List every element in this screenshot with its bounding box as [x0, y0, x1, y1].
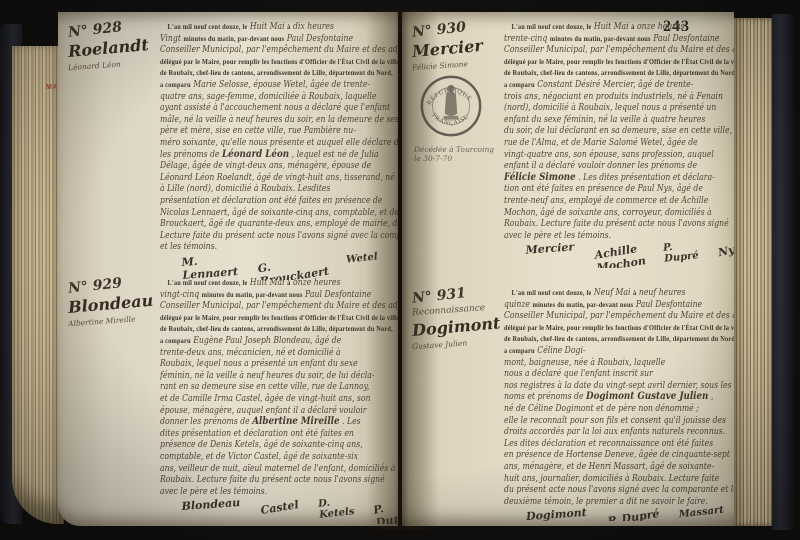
act-line: délégué par le Maire, pour remplir les f… [504, 319, 695, 331]
act-line: délégué par le Maire, pour remplir les f… [160, 309, 357, 321]
act-line: (nord), domicilié à Roubaix, lequel nous… [504, 99, 695, 111]
act-line: a comparuConstant Désiré Mercier, âgé de… [504, 76, 695, 88]
act-line: Les dites déclaration et reconnaissance … [504, 435, 695, 447]
republique-francaise-stamp-icon: RÉPUBLIQUE FRANÇAISE [420, 75, 482, 137]
act-line: délégué par le Maire, pour remplir les f… [504, 53, 695, 65]
signature: D. Ketels [318, 496, 356, 525]
act-line: rant en sa demeure sise en cette ville, … [160, 378, 357, 390]
page-stack-right [734, 18, 776, 526]
book-cover-right-edge [772, 14, 794, 530]
act-line: trente-deux ans, mécanicien, né et domic… [160, 344, 357, 356]
signature: P. Dupré [663, 240, 700, 269]
handwritten-text: , [711, 391, 713, 402]
marginal-death-note: Décédée à Tourcoing le 30-7-70 [414, 145, 504, 163]
act-line: et les témoins. [160, 238, 357, 250]
act-line: Délage, âgée de vingt-deux ans, ménagère… [160, 157, 357, 169]
act-line: L'an mil neuf cent douze, leHuit Maiàdix… [160, 18, 357, 30]
act-signatures: MercierAchille MochonP. DupréNys [504, 242, 731, 268]
act-line: elle le reconnaît pour son fils et conse… [504, 412, 695, 424]
act-line: comptable, et de Victor Castel, âgé de s… [160, 448, 357, 460]
act-line: donner les prénoms deAlbertine Mireille.… [160, 413, 357, 425]
act-929-body: L'an mil neuf cent douze, leHuit Maiàonz… [160, 274, 398, 524]
act-line: féminin, né la veille à neuf heures du s… [160, 367, 357, 379]
act-line: dites présentation et déclaration ont ét… [160, 425, 357, 437]
signature: Achille Mochon [593, 242, 646, 269]
act-line: Roubaix. Lecture faite du présent acte n… [160, 471, 357, 483]
act-line: a comparuEugène Paul Joseph Blondeau, âg… [160, 332, 357, 344]
act-930-body: L'an mil neuf cent douze, leHuit Maiàonz… [504, 18, 734, 268]
act-signatures: DogimontP. DupréMassart [504, 508, 731, 521]
act-line: vingt-cinqminutes du matin, par-devant n… [160, 286, 357, 298]
act-930-margin: N° 930 Mercier Félicie Simone RÉPUBLIQUE [402, 18, 504, 268]
act-line: tion ont été faites en présence de Paul … [504, 180, 695, 192]
act-line: en présence de Hortense Deneve, âgée de … [504, 446, 695, 458]
act-line: Félicie Simone. Les dites présentation e… [504, 169, 695, 181]
act-line: présentation et déclaration ont été fait… [160, 192, 357, 204]
act-line: Conseiller Municipal, par l'empêchement … [504, 307, 695, 319]
act-line: épouse, ménagère, auquel enfant il a déc… [160, 402, 357, 414]
register-right-page: 243 N° 930 Mercier Félicie Simone [402, 12, 734, 526]
act-line: de Roubaix, chef-lieu de cantons, arrond… [160, 320, 357, 332]
marginal-death-note-line2: le 30-7-70 [414, 154, 504, 163]
marginal-death-note-line1: Décédée à Tourcoing [414, 145, 504, 154]
act-line: Roubaix, lequel nous a présenté un enfan… [160, 355, 357, 367]
act-line: Lecture faite du présent acte nous l'avo… [160, 227, 357, 239]
act-930: N° 930 Mercier Félicie Simone RÉPUBLIQUE [402, 18, 734, 268]
act-text: L'an mil neuf cent douze, leHuit Maiàonz… [504, 18, 731, 238]
act-line: Conseiller Municipal, par l'empêchement … [504, 41, 695, 53]
act-931-body: L'an mil neuf cent douze, leNeuf Maiàneu… [504, 284, 734, 521]
act-text: L'an mil neuf cent douze, leHuit Maiàonz… [160, 274, 395, 494]
act-line: trois ans, négociant en produits industr… [504, 88, 695, 100]
act-line: ayant assisté à l'accouchement nous a dé… [160, 99, 357, 111]
act-line: avec le père et les témoins. [160, 483, 357, 495]
act-line: père et mère, sise en cette ville, rue P… [160, 122, 357, 134]
act-line: a comparuMarie Selosse, épouse Wetel, âg… [160, 76, 357, 88]
act-line: Conseiller Municipal, par l'empêchement … [160, 297, 357, 309]
act-line: trente-neuf ans, employé de commerce et … [504, 192, 695, 204]
act-line: de Roubaix, chef-lieu de cantons, arrond… [504, 64, 695, 76]
handwritten-text: deuxième témoin, le premier a dit ne sav… [504, 496, 708, 507]
act-928: N° 928 Roelandt Léonard Léon L'an mil ne… [58, 18, 398, 280]
act-signatures: BlondeauCastelD. KetelsP. Dupré [160, 498, 395, 524]
signature: Mercier [525, 241, 575, 269]
act-line: mâle, né la veille à neuf heures du soir… [160, 111, 357, 123]
act-text: L'an mil neuf cent douze, leHuit Maiàdix… [160, 18, 395, 250]
act-line: Vingtminutes du matin, par-devant nousPa… [160, 30, 357, 42]
act-line: enfant du sexe féminin, né la veille à q… [504, 111, 695, 123]
act-line: nos registres à la date du vingt-sept av… [504, 377, 695, 389]
act-929: N° 929 Blondeau Albertine Mireille L'an … [58, 274, 398, 524]
signature: Castel [259, 498, 301, 524]
signature: P. Dupré [607, 507, 661, 521]
act-line: deuxième témoin, le premier a dit ne sav… [504, 493, 695, 505]
act-line: L'an mil neuf cent douze, leNeuf Maiàneu… [504, 284, 695, 296]
act-line: du présent acte nous l'avons signé avec … [504, 481, 695, 493]
signature: Massart [678, 505, 724, 521]
act-line: Conseiller Municipal, par l'empêchement … [160, 41, 357, 53]
act-line: nous a déclaré que l'enfant inscrit sur [504, 365, 695, 377]
act-line: Nicolas Lennaert, âgé de soixante-cinq a… [160, 204, 357, 216]
act-line: quinzeminutes du matin, par-devant nousP… [504, 296, 695, 308]
act-line: mont, baigneuse, née à Roubaix, laquelle [504, 354, 695, 366]
act-line: L'an mil neuf cent douze, leHuit Maiàonz… [504, 18, 695, 30]
act-line: Léonard Léon Roelandt, âgé de vingt-huit… [160, 169, 357, 181]
act-text: L'an mil neuf cent douze, leNeuf Maiàneu… [504, 284, 731, 504]
act-line: a comparuCéline Dogi- [504, 342, 695, 354]
signature: Blondeau [181, 496, 241, 524]
signature: P. Dupré [372, 497, 398, 525]
signature: Nys [717, 242, 734, 268]
act-line: L'an mil neuf cent douze, leHuit Maiàonz… [160, 274, 357, 286]
act-line: né de Céline Dogimont et de père non dén… [504, 400, 695, 412]
act-line: vingt-quatre ans, son épouse, sans profe… [504, 146, 695, 158]
handwritten-text: avec le père et les témoins. [160, 486, 267, 497]
act-928-body: L'an mil neuf cent douze, leHuit Maiàdix… [160, 18, 398, 280]
handwritten-text: avec le père et les témoins. [504, 230, 611, 241]
act-line: quatre ans, sage-femme, domiciliée à Rou… [160, 88, 357, 100]
act-line: ans, ménagère, et de Henri Massart, âgé … [504, 458, 695, 470]
act-line: enfant il a déclaré vouloir donner les p… [504, 157, 695, 169]
act-929-margin: N° 929 Blondeau Albertine Mireille [58, 274, 160, 524]
act-line: rue de l'Alma, et de Marie Salomé Wetel,… [504, 134, 695, 146]
act-line: droits accordés par la loi aux enfants n… [504, 423, 695, 435]
act-line: les prénoms deLéonard Léon, lequel est n… [160, 146, 357, 158]
act-931: N° 931 Reconnaissance Dogimont Gustave J… [402, 284, 734, 521]
register-left-page: N° 928 Roelandt Léonard Léon L'an mil ne… [58, 12, 398, 526]
act-line: délégué par le Maire, pour remplir les f… [160, 53, 357, 65]
act-line: et de Camille Irma Castel, âgée de vingt… [160, 390, 357, 402]
act-line: Mochon, âgé de soixante ans, corroyeur, … [504, 204, 695, 216]
page-stack-left: MAR [12, 46, 64, 524]
act-line: ans, veilleur de nuit, aïeul maternel de… [160, 460, 357, 472]
act-line: Brouckaert, âgé de quarante-deux ans, em… [160, 215, 357, 227]
act-line: noms et prénoms deDogimont Gustave Julie… [504, 388, 695, 400]
act-line: avec le père et les témoins. [504, 227, 695, 239]
act-line: de Roubaix, chef-lieu de cantons, arrond… [504, 330, 695, 342]
act-line: Roubaix. Lecture faite du présent acte n… [504, 215, 695, 227]
act-line: trente-cinqminutes du matin, par-devant … [504, 30, 695, 42]
register-photo: MAR N° 928 Roelandt Léonard Léon L'an mi… [0, 0, 800, 540]
act-line: de Roubaix, chef-lieu de cantons, arrond… [160, 64, 357, 76]
act-line: du soir, de lui déclarant en sa demeure,… [504, 122, 695, 134]
act-line: huit ans, journalier, domiciliés à Rouba… [504, 470, 695, 482]
handwritten-text: et les témoins. [160, 241, 217, 252]
act-line: à Lille (nord), domicilié à Roubaix. Les… [160, 180, 357, 192]
act-line: méro soixante, qu'elle nous présente et … [160, 134, 357, 146]
signature: Dogimont [526, 506, 588, 521]
act-931-margin: N° 931 Reconnaissance Dogimont Gustave J… [402, 284, 504, 521]
act-928-margin: N° 928 Roelandt Léonard Léon [58, 18, 160, 280]
act-line: présence de Denis Ketels, âgé de soixant… [160, 436, 357, 448]
